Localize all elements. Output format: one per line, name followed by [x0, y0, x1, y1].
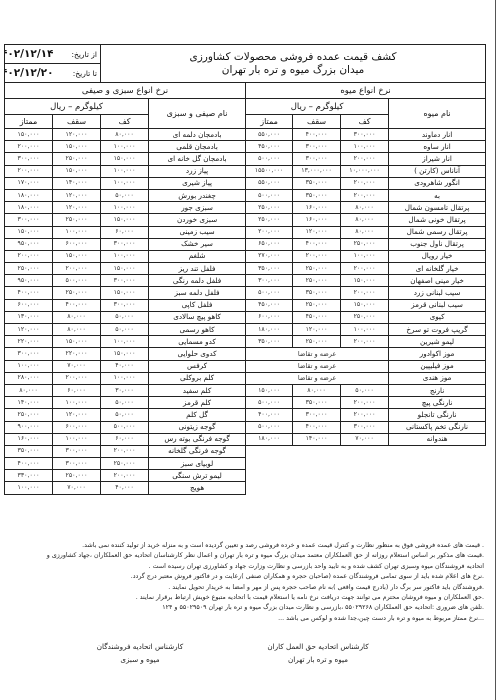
vegetable-min-price: ۱۰۰,۰۰۰	[101, 372, 149, 384]
vegetable-min-price: ۸۰,۰۰۰	[101, 129, 149, 141]
vegetable-min-price: ۴۰,۰۰۰	[101, 360, 149, 372]
fruit-premium-price: ۵۰۰,۰۰۰	[246, 153, 293, 165]
fruit-premium-price: ۱۸۰,۰۰۰	[246, 324, 293, 336]
vegetable-min-price: ۱۰۰,۰۰۰	[101, 336, 149, 348]
vegetable-premium-price: ۱۶۰,۰۰۰	[5, 433, 53, 445]
fruit-max-price: ۲۰۰,۰۰۰	[293, 250, 341, 262]
to-date-value: ۱۴۰۲/۱۲/۲۰	[5, 64, 53, 83]
vegetable-name: چغندر بورش	[149, 189, 246, 201]
empty-cell	[246, 458, 486, 470]
table-row: نارنگی پیچ۲۰۰,۰۰۰۳۵۰,۰۰۰۵۰۰,۰۰۰کلم قرمز۵…	[5, 397, 486, 409]
fruits-premium-header: ممتاز	[246, 115, 293, 129]
footnote: .حق العملکاران و میوه فروشان محترم می تو…	[6, 593, 484, 603]
fruit-max-price: ۱۶۰,۰۰۰	[293, 214, 341, 226]
fruit-min-price: ۱۰۰,۰۰۰	[341, 324, 389, 336]
fruit-min-price: ۲۵۰,۰۰۰	[341, 311, 389, 323]
footnote: .نرخ های اعلام شده باید از سوی تمامی فرو…	[6, 572, 484, 582]
vegetable-min-price: ۱۰۰,۰۰۰	[101, 250, 149, 262]
fruit-max-price: ۱۳,۰۰۰,۰۰۰	[293, 165, 341, 177]
vegetable-premium-price: ۹۰۰,۰۰۰	[5, 421, 53, 433]
vegetable-max-price: ۱۵۰,۰۰۰	[53, 336, 101, 348]
vegetable-min-price: ۱۵۰,۰۰۰	[101, 263, 149, 275]
fruit-name: کیوی	[389, 311, 486, 323]
table-row: هندوانه۷۰,۰۰۰۱۴۰,۰۰۰۱۸۰,۰۰۰گوجه فرنگی بو…	[5, 433, 486, 445]
table-row: انگور شاهرودی۲۰۰,۰۰۰۳۵۰,۰۰۰۵۵۰,۰۰۰پیاز ش…	[5, 177, 486, 189]
vegetable-name: سیب زمینی	[149, 226, 246, 238]
fruit-min-price: ۸۰,۰۰۰	[341, 202, 389, 214]
vegetable-min-price: ۳۰,۰۰۰	[101, 384, 149, 396]
signature-sellers-union: کارشناس اتحادیه فروشندگان میوه و سبزی	[70, 640, 210, 666]
fruit-premium-price: ۱۵۰,۰۰۰	[246, 384, 293, 396]
vegetable-premium-price: ۹۵۰,۰۰۰	[5, 238, 53, 250]
from-date-value: ۱۴۰۲/۱۲/۱۴	[5, 45, 53, 64]
table-row: خیار مینی اصفهان۱۵۰,۰۰۰۲۵۰,۰۰۰۳۰۰,۰۰۰فلف…	[5, 275, 486, 287]
vegetable-max-price: ۴۰۰,۰۰۰	[53, 299, 101, 311]
fruit-name: پرتقال ناول جنوب	[389, 238, 486, 250]
table-row: به۲۰۰,۰۰۰۳۵۰,۰۰۰۵۰۰,۰۰۰چغندر بورش۵۰,۰۰۰۱…	[5, 189, 486, 201]
fruits-section-title: نرخ انواع میوه	[246, 83, 486, 99]
vegetable-min-price: ۱۵۰,۰۰۰	[101, 348, 149, 360]
fruit-min-price: ۲۰۰,۰۰۰	[341, 336, 389, 348]
fruit-min-price: ۳۰۰,۰۰۰	[341, 129, 389, 141]
footnote: .فروشندگان باید فاکتور سر برگ دار (بادرج…	[6, 583, 484, 593]
empty-cell	[246, 445, 486, 457]
vegetable-premium-price: ۴۰۰,۰۰۰	[5, 458, 53, 470]
fruits-unit-header: کیلوگرم – ریال	[246, 99, 389, 115]
table-row: پرتقال تامسون شمال۸۰,۰۰۰۱۶۰,۰۰۰۲۵۰,۰۰۰سب…	[5, 202, 486, 214]
fruit-premium-price: ۵۰۰,۰۰۰	[246, 189, 293, 201]
title-line-1: کشف قیمت عمده فروشی محصولات کشاورزی	[101, 51, 485, 64]
vegetable-min-price: ۵۰,۰۰۰	[101, 189, 149, 201]
vegetable-name: کدو مسمایی	[149, 336, 246, 348]
fruit-premium-price: ۱۵۵۰۰,۰۰۰	[246, 165, 293, 177]
vegetable-min-price: ۱۰۰,۰۰۰	[101, 165, 149, 177]
page-border	[495, 0, 496, 700]
to-date-label: تا تاریخ:	[53, 64, 101, 83]
vegetable-min-price: ۲۵۰,۰۰۰	[101, 458, 149, 470]
vegetable-premium-price: ۲۵۰,۰۰۰	[5, 409, 53, 421]
fruit-max-price: ۲۵۰,۰۰۰	[293, 275, 341, 287]
fruit-name: سیب لبنانی زرد	[389, 287, 486, 299]
fruit-min-price: ۲۰۰,۰۰۰	[341, 397, 389, 409]
fruit-premium-price: ۱۸۰,۰۰۰	[246, 433, 293, 445]
table-row: لیمو ترش سنگی۲۰۰,۰۰۰۲۵۰,۰۰۰۳۳۰,۰۰۰	[5, 470, 486, 482]
fruit-premium-price: ۳۵۰,۰۰۰	[246, 336, 293, 348]
vegetable-premium-price: ۱۴۰,۰۰۰	[5, 397, 53, 409]
vegetable-min-price: ۵۰۰,۰۰۰	[101, 421, 149, 433]
signature-left-line-1: کارشناس اتحادیه فروشندگان	[70, 640, 210, 653]
vegetable-max-price: ۱۲۰,۰۰۰	[53, 409, 101, 421]
vegetable-name: کلم قرمز	[149, 397, 246, 409]
vegetable-min-price: ۱۵۰,۰۰۰	[101, 153, 149, 165]
fruit-premium-price: ۵۵۰,۰۰۰	[246, 177, 293, 189]
vegetable-name: کدوی حلوایی	[149, 348, 246, 360]
vegetable-premium-price: ۱۸۰,۰۰۰	[5, 202, 53, 214]
vegetable-name: گوجه فرنگی گلخانه	[149, 445, 246, 457]
fruit-min-price: ۷۰,۰۰۰	[341, 433, 389, 445]
fruit-name: موز هندی	[389, 372, 486, 384]
vegetable-name: کلم بروکلی	[149, 372, 246, 384]
vegetable-premium-price: ۳۳۰,۰۰۰	[5, 470, 53, 482]
table-row: هویج۴۰,۰۰۰۷۰,۰۰۰۱۰۰,۰۰۰	[5, 482, 486, 494]
fruit-min-price: ۲۰۰,۰۰۰	[341, 263, 389, 275]
vegetable-max-price: ۲۲۰,۰۰۰	[53, 348, 101, 360]
vegetable-premium-price: ۶۰۰,۰۰۰	[5, 299, 53, 311]
fruit-premium-price: ۴۵۰,۰۰۰	[246, 299, 293, 311]
table-row: پرتقال رسمی شمال۸۰,۰۰۰۱۲۰,۰۰۰۲۰۰,۰۰۰سیب …	[5, 226, 486, 238]
vegetable-name: کرفس	[149, 360, 246, 372]
fruit-name: انار دماوند	[389, 129, 486, 141]
vegetable-premium-price: ۱۰۰,۰۰۰	[5, 360, 53, 372]
fruit-premium-price: ۶۰۰,۰۰۰	[246, 311, 293, 323]
vegetable-min-price: ۳۰۰,۰۰۰	[101, 238, 149, 250]
footnote: اتحادیه فروشندگان میوه وسبزی تهران کشف ش…	[6, 562, 484, 572]
fruit-max-price: ۳۵۰,۰۰۰	[293, 397, 341, 409]
vegetable-max-price: ۱۵۰,۰۰۰	[53, 165, 101, 177]
supply-demand-note: عرضه و تقاضا	[246, 372, 389, 384]
supply-demand-note: عرضه و تقاضا	[246, 348, 389, 360]
fruit-max-price: ۳۰۰,۰۰۰	[293, 409, 341, 421]
fruit-min-price: ۵۰,۰۰۰	[341, 384, 389, 396]
fruit-min-price: ۳۰۰,۰۰۰	[341, 421, 389, 433]
fruit-min-price: ۸۰,۰۰۰	[341, 226, 389, 238]
vegetable-name: پیاز زرد	[149, 165, 246, 177]
fruit-name: انگور شاهرودی	[389, 177, 486, 189]
document-title: کشف قیمت عمده فروشی محصولات کشاورزی میدا…	[101, 45, 486, 83]
fruit-name: خیار گلخانه ای	[389, 263, 486, 275]
fruit-name: گریپ فروت تو سرخ	[389, 324, 486, 336]
fruit-min-price: ۱۰۰,۰۰۰	[341, 141, 389, 153]
fruit-min-price: ۸۰,۰۰۰	[341, 214, 389, 226]
vegetable-name: فلفل کاپی	[149, 299, 246, 311]
fruit-max-price: ۴۰۰,۰۰۰	[293, 129, 341, 141]
vegetables-max-header: سقف	[53, 115, 101, 129]
fruit-max-price: ۱۲۰,۰۰۰	[293, 324, 341, 336]
table-row: انار شیراز۲۰۰,۰۰۰۳۰۰,۰۰۰۵۰۰,۰۰۰بادمجان گ…	[5, 153, 486, 165]
supply-demand-note: عرضه و تقاضا	[246, 360, 389, 372]
signature-commission-agents: کارشناس اتحادیه حق العمل کاران میوه و تر…	[248, 640, 388, 666]
vegetable-min-price: ۵۰,۰۰۰	[101, 324, 149, 336]
vegetable-max-price: ۱۲۰,۰۰۰	[53, 189, 101, 201]
vegetable-name: پیاز شیری	[149, 177, 246, 189]
vegetable-premium-price: ۳۰۰,۰۰۰	[5, 348, 53, 360]
vegetable-premium-price: ۲۵۰,۰۰۰	[5, 263, 53, 275]
vegetable-min-price: ۴۰,۰۰۰	[101, 482, 149, 494]
title-line-2: میدان بزرگ میوه و تره بار تهران	[101, 64, 485, 77]
fruit-name: آناناس (کارتن )	[389, 165, 486, 177]
vegetable-max-price: ۲۵۰,۰۰۰	[53, 214, 101, 226]
vegetable-max-price: ۸۰,۰۰۰	[53, 324, 101, 336]
table-row: نارنگی تانجلو۲۰۰,۰۰۰۳۰۰,۰۰۰۴۰۰,۰۰۰گل کلم…	[5, 409, 486, 421]
vegetable-max-price: ۲۰۰,۰۰۰	[53, 372, 101, 384]
vegetable-name: کاهو رسمی	[149, 324, 246, 336]
fruit-max-price: ۱۲۰,۰۰۰	[293, 226, 341, 238]
vegetable-premium-price: ۱۰۰,۰۰۰	[5, 482, 53, 494]
table-row: خیار رویال۱۰۰,۰۰۰۲۰۰,۰۰۰۲۷۰,۰۰۰شلغم۱۰۰,۰…	[5, 250, 486, 262]
fruit-name: به	[389, 189, 486, 201]
table-row: خیار گلخانه ای۲۰۰,۰۰۰۲۵۰,۰۰۰۳۵۰,۰۰۰فلفل …	[5, 263, 486, 275]
vegetable-premium-price: ۸۰,۰۰۰	[5, 384, 53, 396]
vegetable-min-price: ۳۰۰,۰۰۰	[101, 275, 149, 287]
vegetable-name: کاهو پیچ سالادی	[149, 311, 246, 323]
vegetable-min-price: ۱۰۰,۰۰۰	[101, 141, 149, 153]
table-row: پرتقال ناول جنوب۲۵۰,۰۰۰۴۰۰,۰۰۰۶۵۰,۰۰۰سیر…	[5, 238, 486, 250]
fruit-name: سیب لبنانی قرمز	[389, 299, 486, 311]
fruit-premium-price: ۵۵۰,۰۰۰	[246, 129, 293, 141]
fruit-name: موز اکوادور	[389, 348, 486, 360]
vegetable-min-price: ۶۰,۰۰۰	[101, 226, 149, 238]
vegetable-max-price: ۱۰۰,۰۰۰	[53, 397, 101, 409]
price-table: کشف قیمت عمده فروشی محصولات کشاورزی میدا…	[4, 44, 486, 495]
table-row: انار دماوند۳۰۰,۰۰۰۴۰۰,۰۰۰۵۵۰,۰۰۰بادمجان …	[5, 129, 486, 141]
vegetable-max-price: ۲۰۰,۰۰۰	[53, 263, 101, 275]
fruit-min-price: ۲۰۰,۰۰۰	[341, 153, 389, 165]
fruit-premium-price: ۳۵۰,۰۰۰	[246, 263, 293, 275]
vegetable-name: لیمو ترش سنگی	[149, 470, 246, 482]
vegetable-max-price: ۷۰,۰۰۰	[53, 360, 101, 372]
vegetable-max-price: ۳۰۰,۰۰۰	[53, 445, 101, 457]
vegetable-premium-price: ۱۲۰,۰۰۰	[5, 324, 53, 336]
footnote: .قیمت های مذکور بر اساس استعلام روزانه ا…	[6, 551, 484, 561]
vegetable-max-price: ۲۵۰,۰۰۰	[53, 153, 101, 165]
vegetable-name: سیر خشک	[149, 238, 246, 250]
fruit-name: نارنگی تخم پاکستانی	[389, 421, 486, 433]
vegetable-max-price: ۲۵۰,۰۰۰	[53, 470, 101, 482]
fruit-max-price: ۲۵۰,۰۰۰	[293, 299, 341, 311]
fruit-premium-price: ۶۵۰,۰۰۰	[246, 238, 293, 250]
fruit-name-header: نام میوه	[389, 99, 486, 129]
vegetable-name: بادمجان گل خانه ای	[149, 153, 246, 165]
fruits-max-header: سقف	[293, 115, 341, 129]
fruit-name: موز فیلیپین	[389, 360, 486, 372]
vegetables-min-header: کف	[101, 115, 149, 129]
vegetable-min-price: ۶۰,۰۰۰	[101, 433, 149, 445]
fruit-max-price: ۸۰,۰۰۰	[293, 384, 341, 396]
fruit-name: خیار مینی اصفهان	[389, 275, 486, 287]
vegetable-premium-price: ۱۳۰,۰۰۰	[5, 311, 53, 323]
empty-cell	[246, 482, 486, 494]
vegetable-max-price: ۱۲۰,۰۰۰	[53, 129, 101, 141]
table-row: کیوی۲۵۰,۰۰۰۴۵۰,۰۰۰۶۰۰,۰۰۰کاهو پیچ سالادی…	[5, 311, 486, 323]
fruit-max-price: ۳۰۰,۰۰۰	[293, 141, 341, 153]
vegetable-max-price: ۳۰۰,۰۰۰	[53, 458, 101, 470]
vegetables-section-title: نرخ انواع سبزی و صیفی	[5, 83, 246, 99]
table-row: سیب لبنانی قرمز۱۵۰,۰۰۰۲۵۰,۰۰۰۴۵۰,۰۰۰فلفل…	[5, 299, 486, 311]
footnote: . قیمت های عمده فروشی فوق به منظور نظارت…	[6, 541, 484, 551]
vegetable-premium-price: ۱۵۰,۰۰۰	[5, 129, 53, 141]
vegetable-max-price: ۶۰,۰۰۰	[53, 384, 101, 396]
vegetable-min-price: ۱۰۰,۰۰۰	[101, 177, 149, 189]
vegetable-name: گوجه فرنگی بوته رس	[149, 433, 246, 445]
vegetable-max-price: ۱۵۰,۰۰۰	[53, 141, 101, 153]
vegetable-name: کلم سفید	[149, 384, 246, 396]
table-row: موز اکوادورعرضه و تقاضاکدوی حلوایی۱۵۰,۰۰…	[5, 348, 486, 360]
vegetable-name: بادمجان دلمه ای	[149, 129, 246, 141]
vegetable-name: شلغم	[149, 250, 246, 262]
fruit-min-price: ۲۰۰,۰۰۰	[341, 287, 389, 299]
vegetable-max-price: ۱۴۰,۰۰۰	[53, 177, 101, 189]
fruit-name: پرتقال رسمی شمال	[389, 226, 486, 238]
vegetable-min-price: ۲۰۰,۰۰۰	[101, 470, 149, 482]
signature-left-line-2: میوه و سبزی	[70, 653, 210, 666]
fruit-max-price: ۴۰۰,۰۰۰	[293, 238, 341, 250]
fruit-premium-price: ۲۰۰,۰۰۰	[246, 226, 293, 238]
fruit-max-price: ۳۵۰,۰۰۰	[293, 177, 341, 189]
table-row: لوبیای سبز۲۵۰,۰۰۰۳۰۰,۰۰۰۴۰۰,۰۰۰	[5, 458, 486, 470]
vegetable-name: گوجه زیتونی	[149, 421, 246, 433]
table-row: موز فیلیپینعرضه و تقاضاکرفس۴۰,۰۰۰۷۰,۰۰۰۱…	[5, 360, 486, 372]
vegetable-name: سبزی خوردن	[149, 214, 246, 226]
fruit-premium-price: ۲۵۰,۰۰۰	[246, 202, 293, 214]
vegetable-max-price: ۵۰۰,۰۰۰	[53, 275, 101, 287]
table-row: آناناس (کارتن )۱۰,۰۰۰,۰۰۰۱۳,۰۰۰,۰۰۰۱۵۵۰۰…	[5, 165, 486, 177]
vegetable-min-price: ۵۰,۰۰۰	[101, 311, 149, 323]
fruit-name: پرتقال تامسون شمال	[389, 202, 486, 214]
empty-cell	[246, 470, 486, 482]
fruit-max-price: ۳۵۰,۰۰۰	[293, 287, 341, 299]
footnote: ...نرخ ممتاز مربوط به میوه و تره بار دست…	[6, 614, 484, 624]
vegetable-name: بادمجان قلمی	[149, 141, 246, 153]
vegetable-premium-price: ۳۰۰,۰۰۰	[5, 153, 53, 165]
vegetable-premium-price: ۱۵۰,۰۰۰	[5, 226, 53, 238]
fruit-min-price: ۲۰۰,۰۰۰	[341, 177, 389, 189]
footnote: .تلفن های ضروری :اتحادیه حق العملکاران ۵…	[6, 603, 484, 613]
table-row: لیمو شیرین۲۰۰,۰۰۰۲۵۰,۰۰۰۳۵۰,۰۰۰کدو مسمای…	[5, 336, 486, 348]
fruit-name: نارنج	[389, 384, 486, 396]
fruit-max-price: ۱۶۰,۰۰۰	[293, 202, 341, 214]
fruit-max-price: ۳۰۰,۰۰۰	[293, 153, 341, 165]
fruit-max-price: ۲۵۰,۰۰۰	[293, 336, 341, 348]
fruit-max-price: ۱۴۰,۰۰۰	[293, 433, 341, 445]
fruit-premium-price: ۵۰۰,۰۰۰	[246, 287, 293, 299]
table-row: نارنگی تخم پاکستانی۳۰۰,۰۰۰۴۰۰,۰۰۰۵۰۰,۰۰۰…	[5, 421, 486, 433]
vegetable-max-price: ۶۰۰,۰۰۰	[53, 238, 101, 250]
vegetable-premium-price: ۱۷۰,۰۰۰	[5, 177, 53, 189]
vegetable-premium-price: ۴۰۰,۰۰۰	[5, 287, 53, 299]
fruit-name: هندوانه	[389, 433, 486, 445]
vegetable-name: فلفل تند ریز	[149, 263, 246, 275]
vegetable-premium-price: ۱۸۰,۰۰۰	[5, 189, 53, 201]
table-row: انار ساوه۱۰۰,۰۰۰۳۰۰,۰۰۰۴۵۰,۰۰۰بادمجان قل…	[5, 141, 486, 153]
fruit-max-price: ۴۵۰,۰۰۰	[293, 311, 341, 323]
vegetable-premium-price: ۲۰۰,۰۰۰	[5, 165, 53, 177]
fruit-name: خیار رویال	[389, 250, 486, 262]
fruit-min-price: ۱۰۰,۰۰۰	[341, 250, 389, 262]
fruit-min-price: ۲۵۰,۰۰۰	[341, 238, 389, 250]
fruit-max-price: ۲۵۰,۰۰۰	[293, 263, 341, 275]
vegetable-min-price: ۳۰۰,۰۰۰	[101, 299, 149, 311]
table-row: پرتقال خونی شمال۸۰,۰۰۰۱۶۰,۰۰۰۲۵۰,۰۰۰سبزی…	[5, 214, 486, 226]
vegetable-name: هویج	[149, 482, 246, 494]
vegetable-max-price: ۱۰۰,۰۰۰	[53, 226, 101, 238]
table-row: نارنج۵۰,۰۰۰۸۰,۰۰۰۱۵۰,۰۰۰کلم سفید۳۰,۰۰۰۶۰…	[5, 384, 486, 396]
vegetable-name: فلفل دلمه سبز	[149, 287, 246, 299]
vegetable-min-price: ۱۵۰,۰۰۰	[101, 214, 149, 226]
vegetable-max-price: ۱۵۰,۰۰۰	[53, 250, 101, 262]
vegetable-name: سبزی جور	[149, 202, 246, 214]
vegetable-premium-price: ۲۸۰,۰۰۰	[5, 372, 53, 384]
fruit-premium-price: ۴۰۰,۰۰۰	[246, 409, 293, 421]
vegetable-premium-price: ۳۵۰,۰۰۰	[5, 445, 53, 457]
from-date-label: از تاریخ:	[53, 45, 101, 64]
vegetable-min-price: ۱۰۰,۰۰۰	[101, 202, 149, 214]
vegetable-max-price: ۲۵۰,۰۰۰	[53, 287, 101, 299]
fruit-name: پرتقال خونی شمال	[389, 214, 486, 226]
vegetables-premium-header: ممتاز	[5, 115, 53, 129]
vegetable-max-price: ۱۲۰,۰۰۰	[53, 202, 101, 214]
fruit-premium-price: ۵۰۰,۰۰۰	[246, 397, 293, 409]
fruit-premium-price: ۵۰۰,۰۰۰	[246, 421, 293, 433]
fruit-min-price: ۱۵۰,۰۰۰	[341, 275, 389, 287]
fruit-max-price: ۴۰۰,۰۰۰	[293, 421, 341, 433]
vegetable-premium-price: ۳۰۰,۰۰۰	[5, 214, 53, 226]
signature-right-line-2: میوه و تره بار تهران	[248, 653, 388, 666]
fruit-premium-price: ۴۵۰,۰۰۰	[246, 141, 293, 153]
vegetable-min-price: ۲۰۰,۰۰۰	[101, 445, 149, 457]
fruit-max-price: ۳۵۰,۰۰۰	[293, 189, 341, 201]
vegetable-min-price: ۵۰,۰۰۰	[101, 397, 149, 409]
fruit-name: انار ساوه	[389, 141, 486, 153]
vegetable-premium-price: ۲۰۰,۰۰۰	[5, 141, 53, 153]
table-row: گوجه فرنگی گلخانه۲۰۰,۰۰۰۳۰۰,۰۰۰۳۵۰,۰۰۰	[5, 445, 486, 457]
vegetable-max-price: ۱۰۰,۰۰۰	[53, 433, 101, 445]
fruit-name: انار شیراز	[389, 153, 486, 165]
fruit-min-price: ۱۰,۰۰۰,۰۰۰	[341, 165, 389, 177]
vegetable-premium-price: ۲۰۰,۰۰۰	[5, 250, 53, 262]
vegetable-name: فلفل دلمه رنگی	[149, 275, 246, 287]
fruit-premium-price: ۳۰۰,۰۰۰	[246, 275, 293, 287]
vegetables-unit-header: کیلوگرم – ریال	[5, 99, 149, 115]
vegetable-min-price: ۱۵۰,۰۰۰	[101, 287, 149, 299]
fruit-premium-price: ۲۵۰,۰۰۰	[246, 214, 293, 226]
fruit-premium-price: ۲۷۰,۰۰۰	[246, 250, 293, 262]
fruits-min-header: کف	[341, 115, 389, 129]
table-row: گریپ فروت تو سرخ۱۰۰,۰۰۰۱۲۰,۰۰۰۱۸۰,۰۰۰کاه…	[5, 324, 486, 336]
table-row: موز هندیعرضه و تقاضاکلم بروکلی۱۰۰,۰۰۰۲۰۰…	[5, 372, 486, 384]
vegetable-max-price: ۶۰۰,۰۰۰	[53, 421, 101, 433]
fruit-name: نارنگی پیچ	[389, 397, 486, 409]
vegetable-premium-price: ۹۵۰,۰۰۰	[5, 275, 53, 287]
fruit-name: لیمو شیرین	[389, 336, 486, 348]
fruit-name: نارنگی تانجلو	[389, 409, 486, 421]
vegetable-max-price: ۷۰,۰۰۰	[53, 482, 101, 494]
vegetable-premium-price: ۲۲۰,۰۰۰	[5, 336, 53, 348]
table-row: سیب لبنانی زرد۲۰۰,۰۰۰۳۵۰,۰۰۰۵۰۰,۰۰۰فلفل …	[5, 287, 486, 299]
fruit-min-price: ۲۰۰,۰۰۰	[341, 409, 389, 421]
vegetable-name: لوبیای سبز	[149, 458, 246, 470]
vegetable-name-header: نام صیفی و سبزی	[149, 99, 246, 129]
vegetable-name: گل کلم	[149, 409, 246, 421]
vegetable-min-price: ۵۰,۰۰۰	[101, 409, 149, 421]
footnotes: . قیمت های عمده فروشی فوق به منظور نظارت…	[6, 541, 484, 624]
fruit-min-price: ۱۵۰,۰۰۰	[341, 299, 389, 311]
fruit-min-price: ۲۰۰,۰۰۰	[341, 189, 389, 201]
vegetable-max-price: ۸۰,۰۰۰	[53, 311, 101, 323]
signature-right-line-1: کارشناس اتحادیه حق العمل کاران	[248, 640, 388, 653]
